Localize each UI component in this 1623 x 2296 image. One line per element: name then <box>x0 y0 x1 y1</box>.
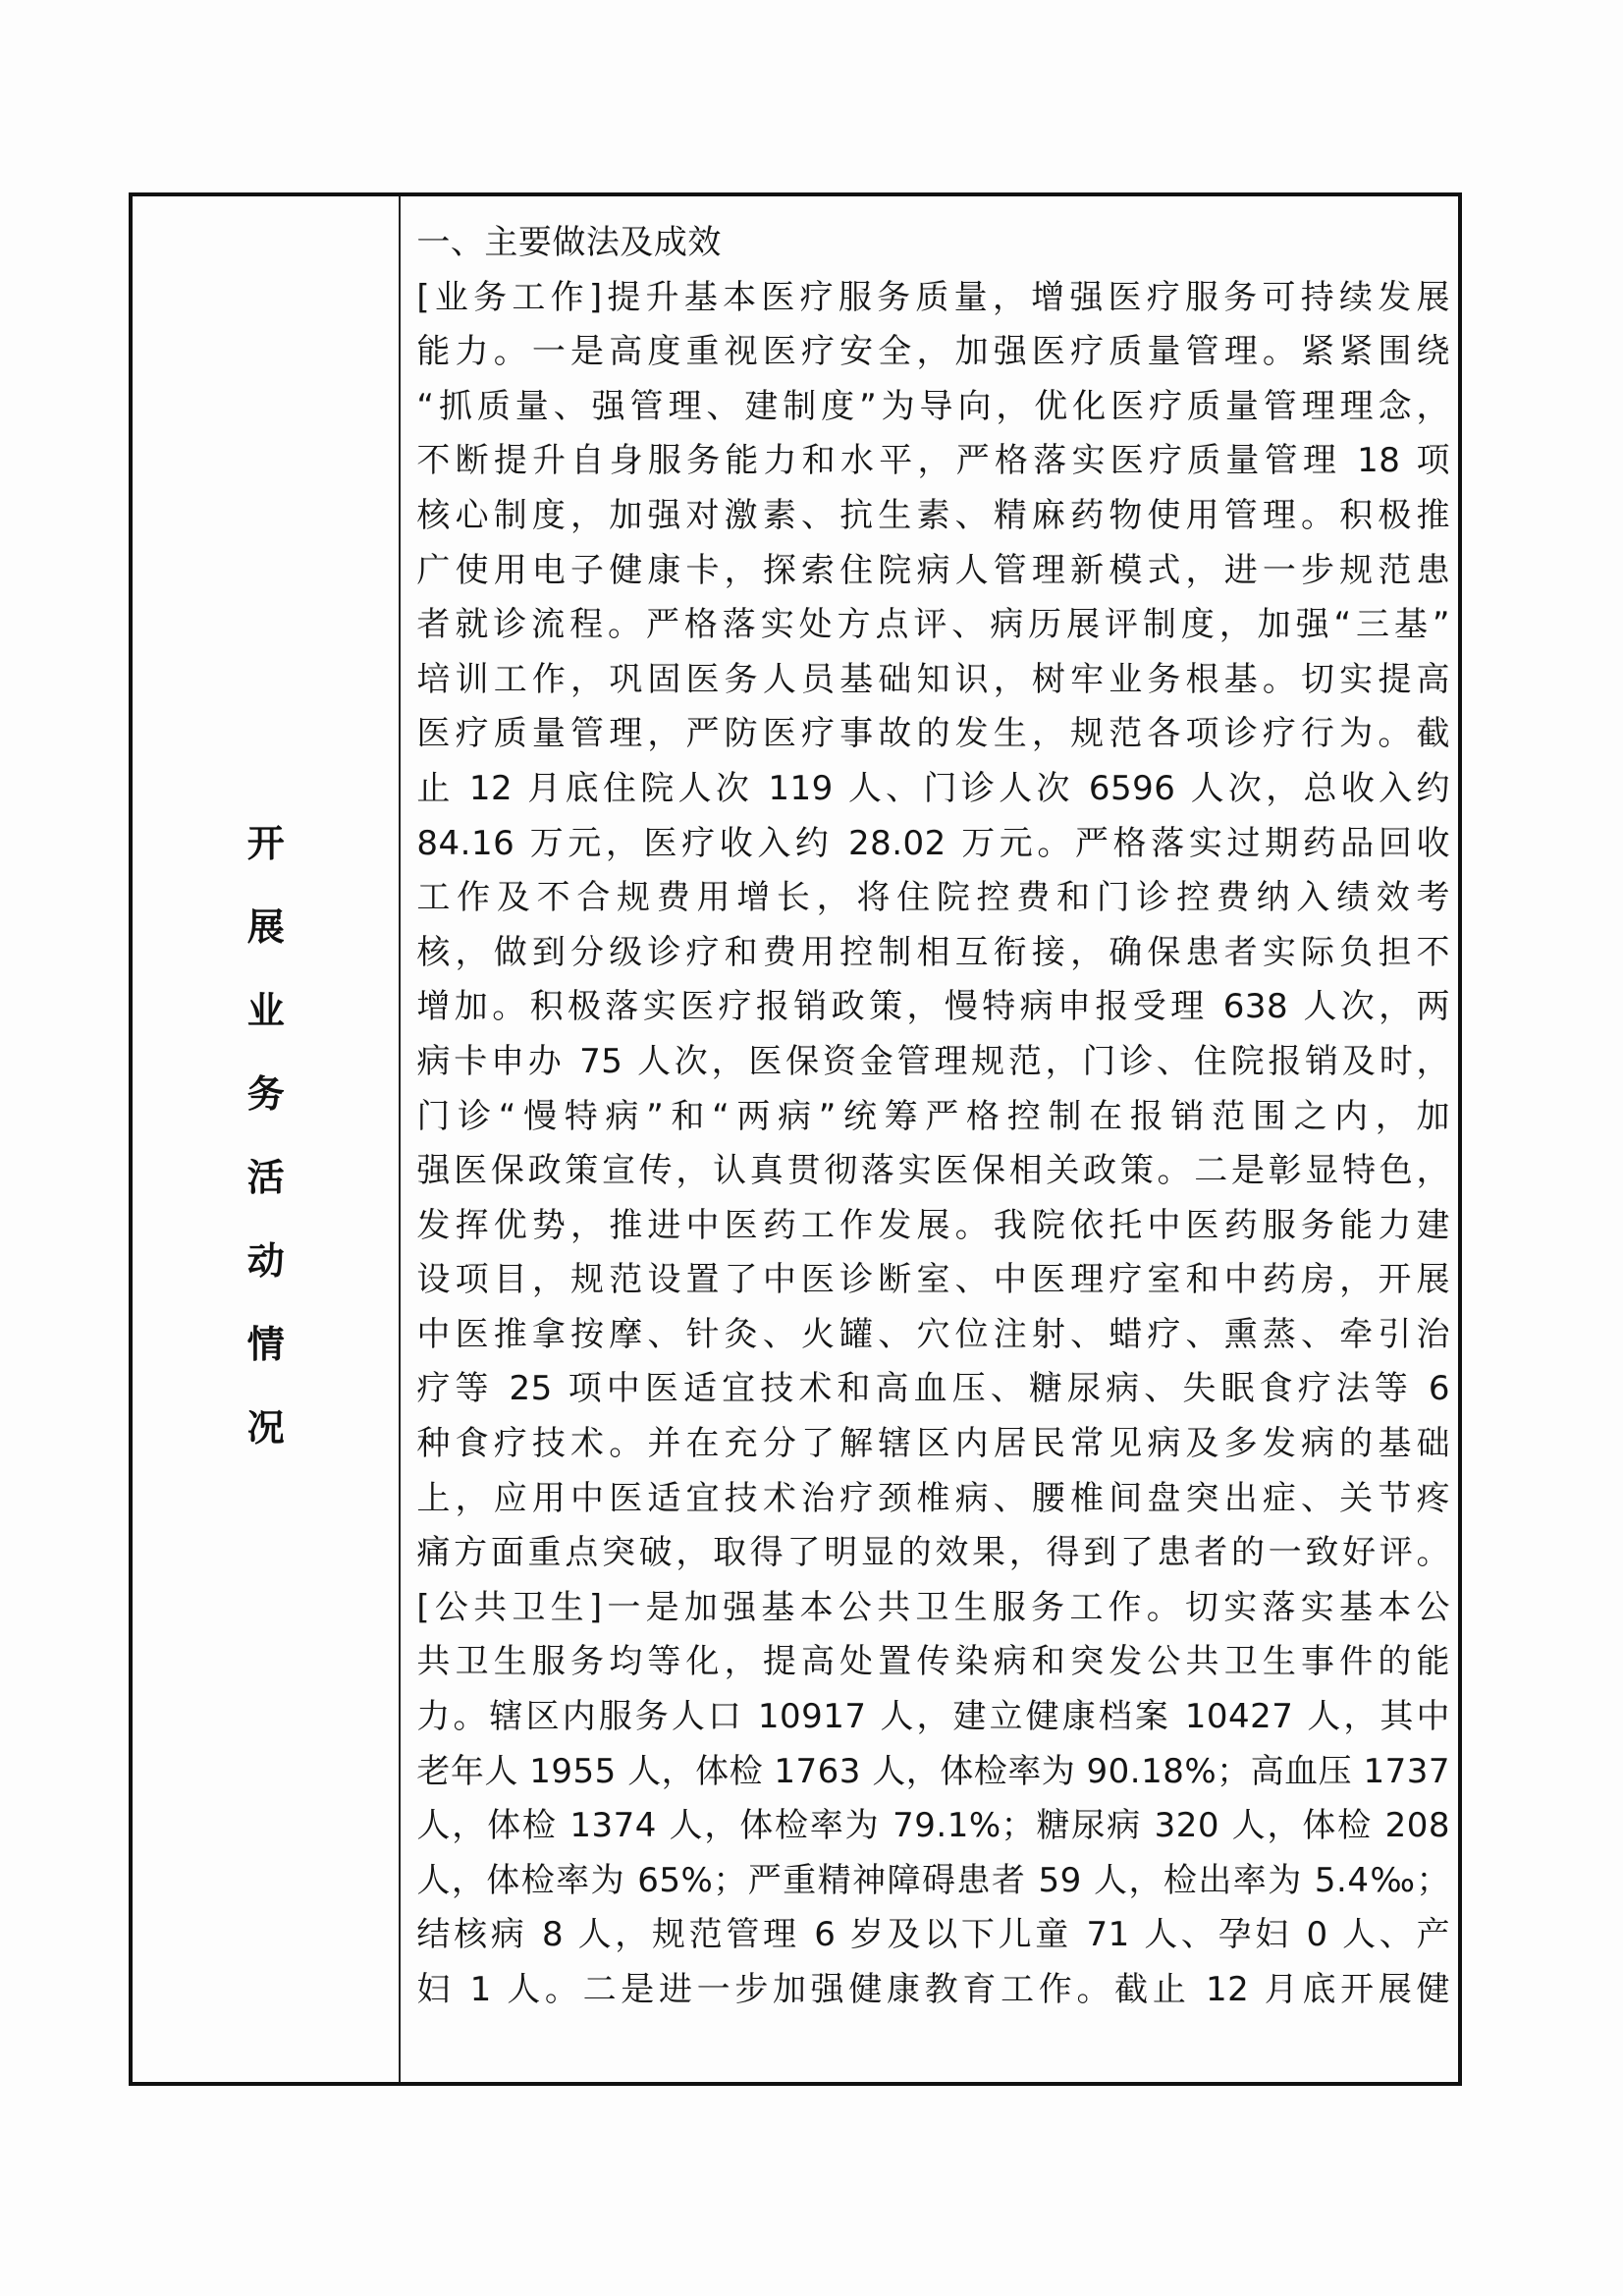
text-line: 医疗质量管理，严防医疗事故的发生，规范各项诊疗行为。截 <box>416 707 1450 762</box>
text-line: 结核病 8 人，规范管理 6 岁及以下儿童 71 人、孕妇 0 人、产 <box>416 1908 1450 1963</box>
row-label-char: 活 <box>247 1159 285 1196</box>
text-line: 妇 1 人。二是进一步加强健康教育工作。截止 12 月底开展健 <box>416 1963 1450 2018</box>
section-heading: 一、主要做法及成效 <box>416 216 1450 271</box>
text-line: 能力。一是高度重视医疗安全，加强医疗质量管理。紧紧围绕 <box>416 325 1450 380</box>
text-line: 力。辖区内服务人口 10917 人，建立健康档案 10427 人，其中 <box>416 1690 1450 1745</box>
text-line: 疗等 25 项中医适宜技术和高血压、糖尿病、失眠食疗法等 6 <box>416 1362 1450 1417</box>
text-line: 84.16 万元，医疗收入约 28.02 万元。严格落实过期药品回收 <box>416 817 1450 872</box>
row-label-char: 业 <box>247 992 285 1029</box>
row-label-cell: 开展业务活动情况 <box>133 196 401 2082</box>
text-line: 培训工作，巩固医务人员基础知识，树牢业务根基。切实提高 <box>416 653 1450 708</box>
row-label-char: 展 <box>247 908 285 946</box>
text-line: 病卡申办 75 人次，医保资金管理规范，门诊、住院报销及时， <box>416 1035 1450 1090</box>
row-label-char: 情 <box>247 1326 285 1363</box>
text-line: 痛方面重点突破，取得了明显的效果，得到了患者的一致好评。 <box>416 1526 1450 1581</box>
text-line: 人，体检率为 65%；严重精神障碍患者 59 人，检出率为 5.4‰； <box>416 1854 1450 1909</box>
text-line: 核心制度，加强对激素、抗生素、精麻药物使用管理。积极推 <box>416 489 1450 544</box>
text-line: 增加。积极落实医疗报销政策，慢特病申报受理 638 人次，两 <box>416 980 1450 1035</box>
text-line: 工作及不合规费用增长，将住院控费和门诊控费纳入绩效考 <box>416 871 1450 926</box>
text-line: 者就诊流程。严格落实处方点评、病历展评制度，加强“三基” <box>416 598 1450 653</box>
text-line: 不断提升自身服务能力和水平，严格落实医疗质量管理 18 项 <box>416 434 1450 489</box>
text-line: 核，做到分级诊疗和费用控制相互衔接，确保患者实际负担不 <box>416 926 1450 981</box>
text-line: 门诊“慢特病”和“两病”统筹严格控制在报销范围之内，加 <box>416 1090 1450 1145</box>
row-label-char: 动 <box>247 1242 285 1280</box>
row-label-char: 开 <box>247 825 285 862</box>
text-line: 种食疗技术。并在充分了解辖区内居民常见病及多发病的基础 <box>416 1417 1450 1472</box>
text-line: 发挥优势，推进中医药工作发展。我院依托中医药服务能力建 <box>416 1199 1450 1254</box>
content-paragraph: [业务工作]提升基本医疗服务质量，增强医疗服务可持续发展能力。一是高度重视医疗安… <box>416 271 1450 2018</box>
text-line: “抓质量、强管理、建制度”为导向，优化医疗质量管理理念， <box>416 380 1450 435</box>
text-line: 老年人 1955 人，体检 1763 人，体检率为 90.18%；高血压 173… <box>416 1745 1450 1800</box>
text-line: [业务工作]提升基本医疗服务质量，增强医疗服务可持续发展 <box>416 271 1450 326</box>
text-line: 止 12 月底住院人次 119 人、门诊人次 6596 人次，总收入约 <box>416 762 1450 817</box>
text-line: 共卫生服务均等化，提高处置传染病和突发公共卫生事件的能 <box>416 1635 1450 1690</box>
row-content-cell: 一、主要做法及成效 [业务工作]提升基本医疗服务质量，增强医疗服务可持续发展能力… <box>401 196 1458 2082</box>
text-line: 人，体检 1374 人，体检率为 79.1%；糖尿病 320 人，体检 208 <box>416 1799 1450 1854</box>
row-label-vertical: 开展业务活动情况 <box>133 825 399 1493</box>
text-line: [公共卫生]一是加强基本公共卫生服务工作。切实落实基本公 <box>416 1581 1450 1636</box>
text-line: 中医推拿按摩、针灸、火罐、穴位注射、蜡疗、熏蒸、牵引治 <box>416 1308 1450 1363</box>
text-line: 强医保政策宣传，认真贯彻落实医保相关政策。二是彰显特色， <box>416 1144 1450 1199</box>
row-label-char: 况 <box>247 1409 285 1447</box>
row-label-char: 务 <box>247 1075 285 1113</box>
activity-report-table: 开展业务活动情况 一、主要做法及成效 [业务工作]提升基本医疗服务质量，增强医疗… <box>129 192 1462 2086</box>
text-line: 广使用电子健康卡，探索住院病人管理新模式，进一步规范患 <box>416 544 1450 599</box>
text-line: 设项目，规范设置了中医诊断室、中医理疗室和中药房，开展 <box>416 1253 1450 1308</box>
scanned-document-page: 开展业务活动情况 一、主要做法及成效 [业务工作]提升基本医疗服务质量，增强医疗… <box>0 0 1623 2296</box>
text-line: 上，应用中医适宜技术治疗颈椎病、腰椎间盘突出症、关节疼 <box>416 1472 1450 1527</box>
